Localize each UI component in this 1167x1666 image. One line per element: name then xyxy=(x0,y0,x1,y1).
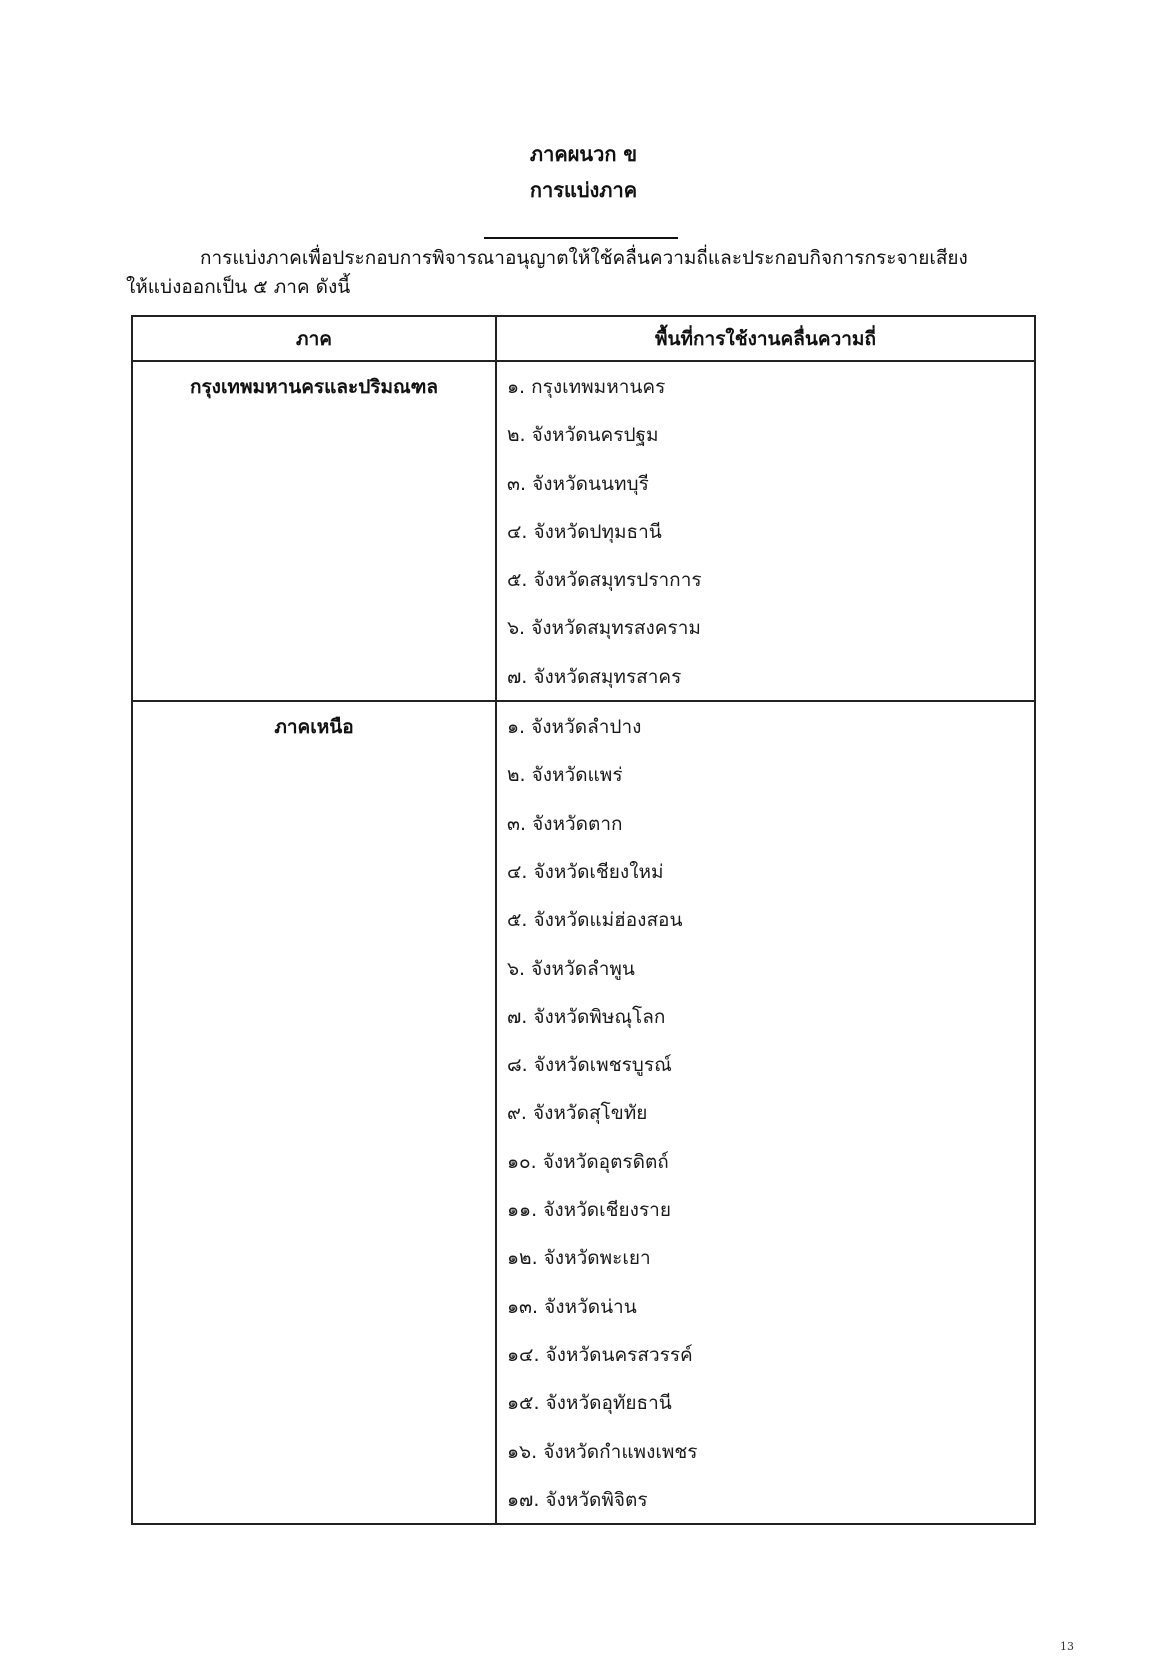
list-item: ๗. จังหวัดพิษณุโลก xyxy=(497,992,1034,1040)
region-cell: กรุงเทพมหานครและปริมณฑล xyxy=(132,361,496,701)
list-item: ๓. จังหวัดนนทบุรี xyxy=(497,459,1034,507)
list-item: ๗. จังหวัดสมุทรสาคร xyxy=(497,652,1034,700)
list-item: ๑๕. จังหวัดอุทัยธานี xyxy=(497,1378,1034,1426)
list-item: ๕. จังหวัดสมุทรปราการ xyxy=(497,555,1034,603)
list-item: ๔. จังหวัดปทุมธานี xyxy=(497,507,1034,555)
list-item: ๑๑. จังหวัดเชียงราย xyxy=(497,1185,1034,1233)
list-item: ๒. จังหวัดแพร่ xyxy=(497,750,1034,798)
region-table: ภาค พื้นที่การใช้งานคลื่นความถี่ กรุงเทพ… xyxy=(131,315,1036,1525)
region-cell: ภาคเหนือ xyxy=(132,701,496,1524)
list-item: ๓. จังหวัดตาก xyxy=(497,799,1034,847)
list-item: ๔. จังหวัดเชียงใหม่ xyxy=(497,847,1034,895)
list-item: ๑๗. จังหวัดพิจิตร xyxy=(497,1475,1034,1523)
area-list-cell: ๑. กรุงเทพมหานคร๒. จังหวัดนครปฐม๓. จังหว… xyxy=(496,361,1035,701)
region-name: ภาคเหนือ xyxy=(133,702,495,750)
header-frequency-area: พื้นที่การใช้งานคลื่นความถี่ xyxy=(496,316,1035,361)
title-divider xyxy=(484,237,678,239)
list-item: ๑๓. จังหวัดน่าน xyxy=(497,1282,1034,1330)
list-item: ๑๒. จังหวัดพะเยา xyxy=(497,1233,1034,1281)
list-item: ๙. จังหวัดสุโขทัย xyxy=(497,1088,1034,1136)
appendix-subtitle: การแบ่งภาค xyxy=(0,177,1167,203)
list-item: ๑. จังหวัดลำปาง xyxy=(497,702,1034,750)
list-item: ๑. กรุงเทพมหานคร xyxy=(497,362,1034,410)
list-item: ๕. จังหวัดแม่ฮ่องสอน xyxy=(497,895,1034,943)
list-item: ๒. จังหวัดนครปฐม xyxy=(497,410,1034,458)
header-region: ภาค xyxy=(132,316,496,361)
list-item: ๑๖. จังหวัดกำแพงเพชร xyxy=(497,1427,1034,1475)
table-row: กรุงเทพมหานครและปริมณฑล๑. กรุงเทพมหานคร๒… xyxy=(132,361,1035,701)
page-number: 13 xyxy=(1060,1640,1074,1653)
list-item: ๑๔. จังหวัดนครสวรรค์ xyxy=(497,1330,1034,1378)
intro-paragraph-line2: ให้แบ่งออกเป็น ๕ ภาค ดังนี้ xyxy=(126,273,1038,302)
list-item: ๖. จังหวัดสมุทรสงคราม xyxy=(497,603,1034,651)
region-name: กรุงเทพมหานครและปริมณฑล xyxy=(133,362,495,410)
list-item: ๖. จังหวัดลำพูน xyxy=(497,944,1034,992)
table-header-row: ภาค พื้นที่การใช้งานคลื่นความถี่ xyxy=(132,316,1035,361)
appendix-title: ภาคผนวก ข xyxy=(0,141,1167,167)
intro-paragraph-line1: การแบ่งภาคเพื่อประกอบการพิจารณาอนุญาตให้… xyxy=(126,244,1038,273)
table-row: ภาคเหนือ๑. จังหวัดลำปาง๒. จังหวัดแพร่๓. … xyxy=(132,701,1035,1524)
area-list-cell: ๑. จังหวัดลำปาง๒. จังหวัดแพร่๓. จังหวัดต… xyxy=(496,701,1035,1524)
list-item: ๑๐. จังหวัดอุตรดิตถ์ xyxy=(497,1137,1034,1185)
list-item: ๘. จังหวัดเพชรบูรณ์ xyxy=(497,1040,1034,1088)
